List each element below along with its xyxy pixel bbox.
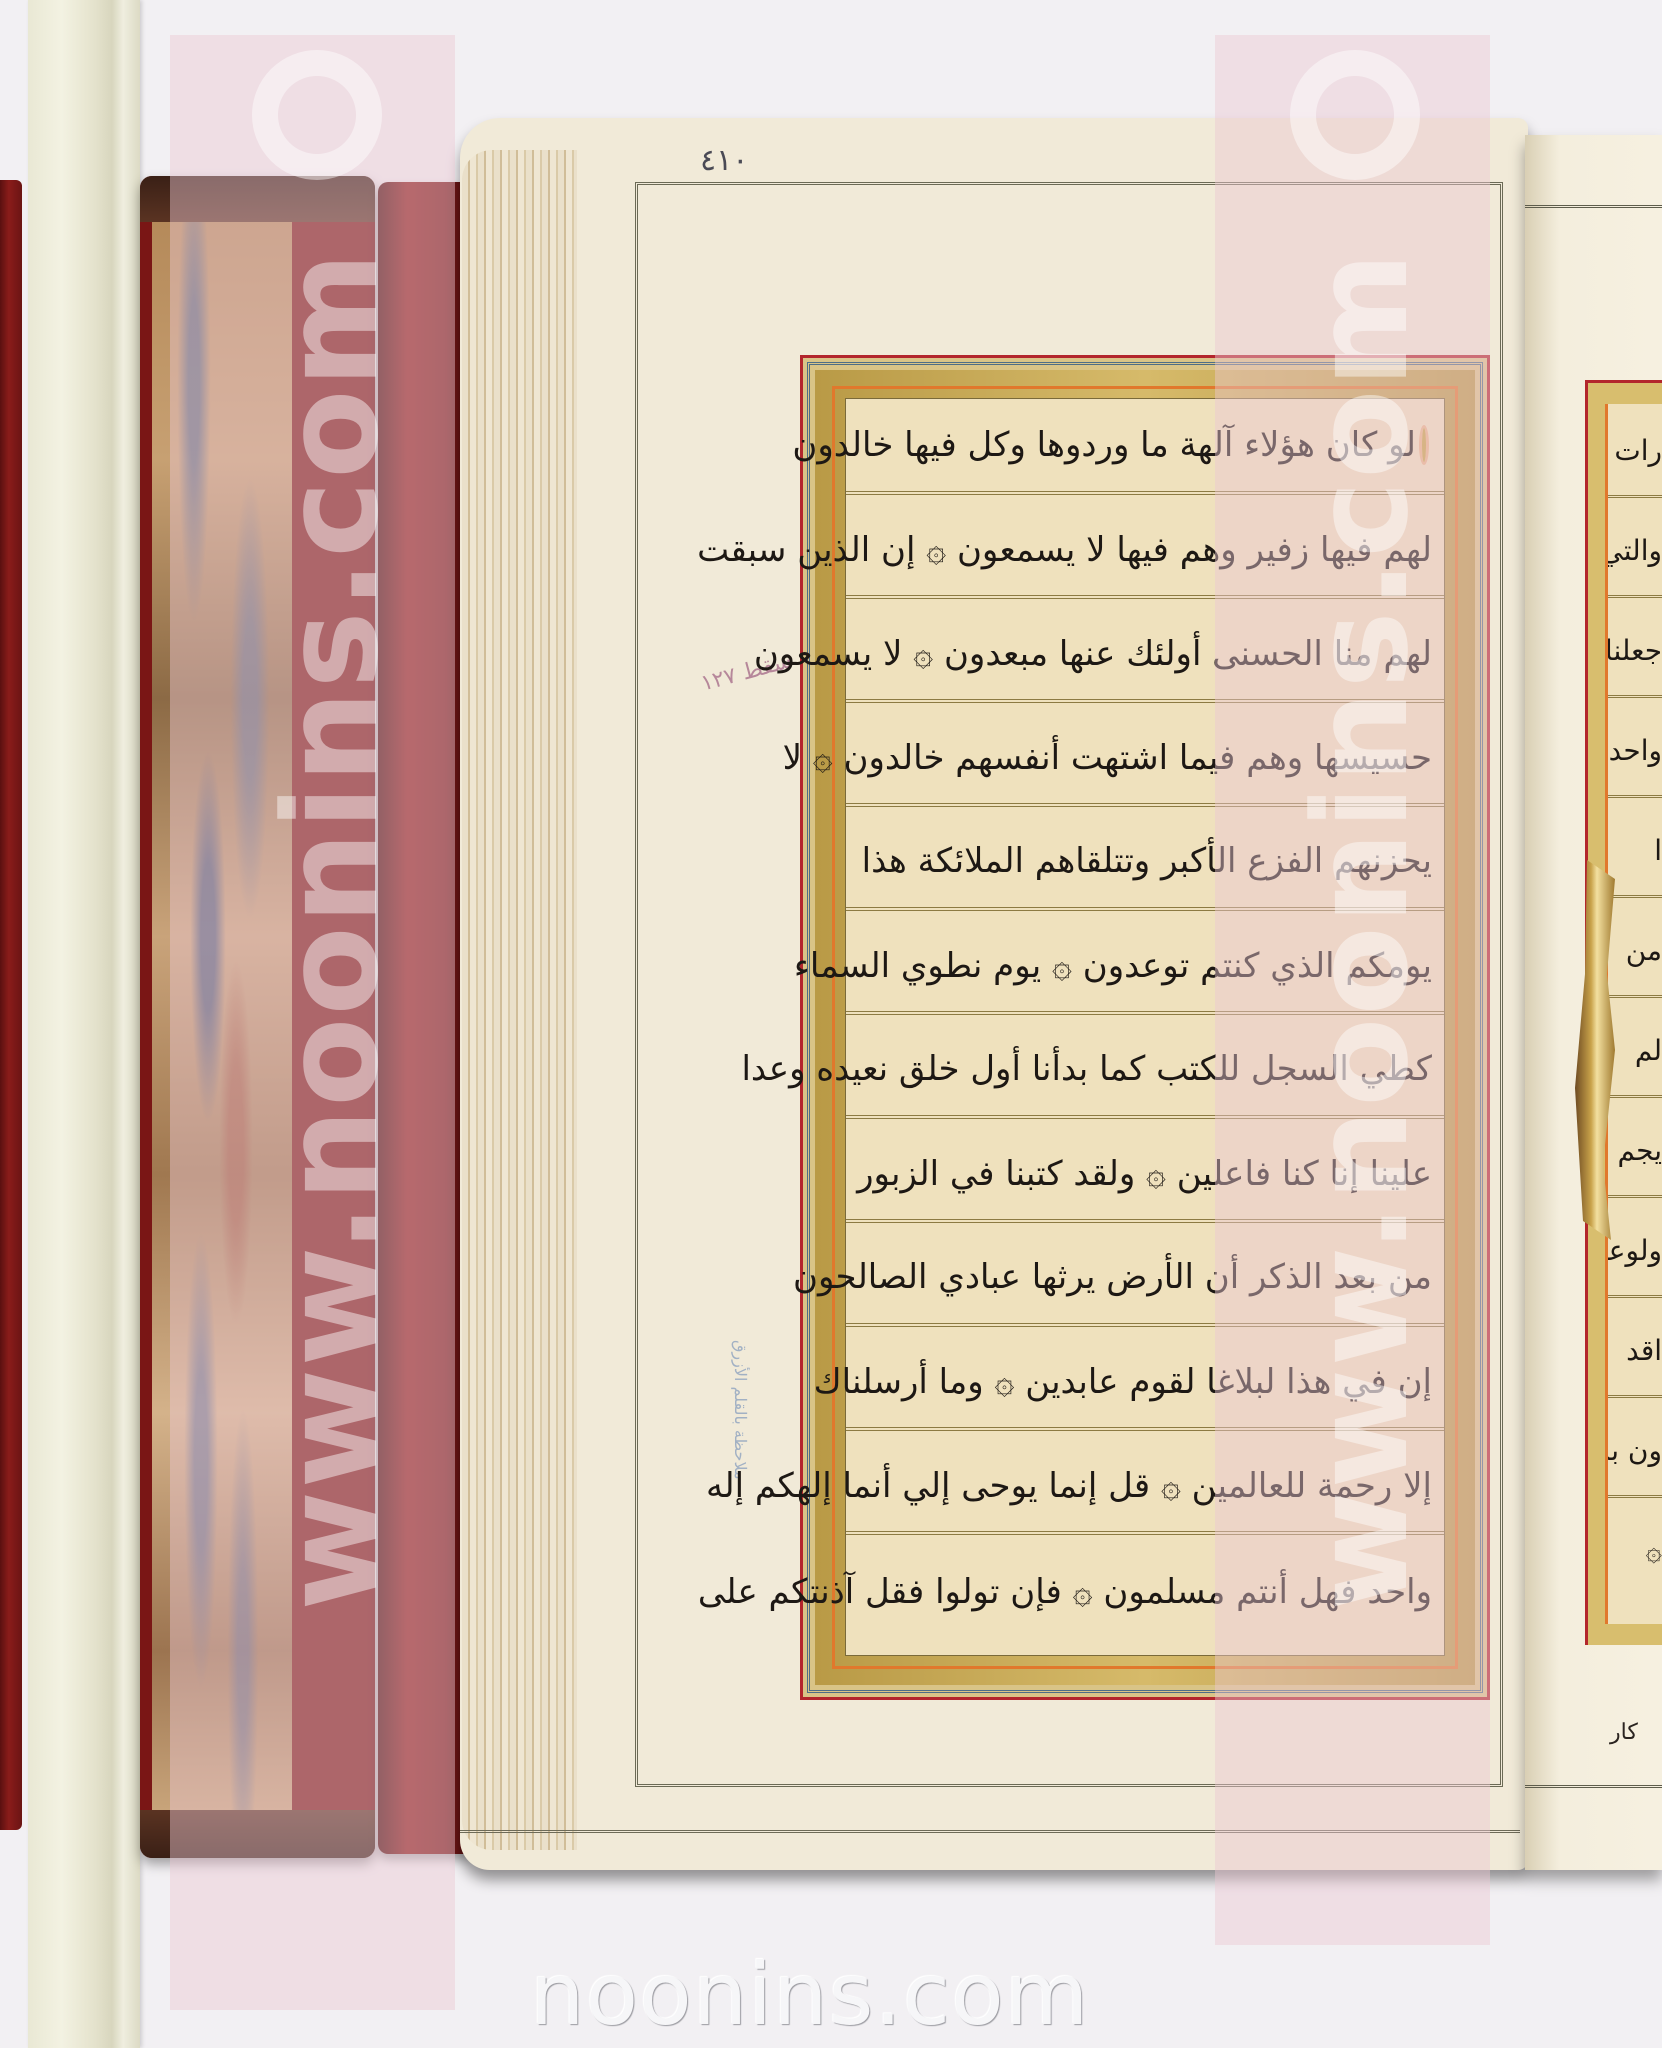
watermark-logo-icon — [1290, 50, 1420, 180]
watermark-text-bottom: noonins.com — [530, 1945, 1089, 2045]
right-text-line: ولوعد — [1608, 1204, 1662, 1298]
right-text-line: يجم — [1608, 1104, 1662, 1198]
page-fore-edge — [462, 150, 577, 1850]
watermark-logo-icon — [252, 50, 382, 180]
bookmark-ribbon — [28, 0, 140, 2048]
right-text-line: ۞ — [1608, 1504, 1662, 1598]
right-page-top-rule — [1525, 205, 1662, 208]
right-page-text-block: رات و والتي جعلنا ها واحدة ا من لم يجم و… — [1605, 404, 1662, 1624]
right-text-line: لم — [1608, 1004, 1662, 1098]
right-text-line: ا — [1608, 804, 1662, 898]
adjacent-book-cover-edge — [0, 180, 22, 1830]
right-page-bottom-rule — [1525, 1785, 1662, 1788]
right-text-line: ون بدو — [1608, 1404, 1662, 1498]
watermark-text-right: www.noonins.com — [1285, 250, 1437, 1611]
margin-note-blue: ملاحظة بالقلم الأزرق — [710, 760, 750, 1480]
catchword: كار — [1610, 1720, 1638, 1745]
right-text-line: رات و — [1608, 404, 1662, 498]
right-text-line: جعلنا ها — [1608, 604, 1662, 698]
right-text-line: من — [1608, 904, 1662, 998]
page-number: ٤١٠ — [700, 143, 748, 178]
right-text-line: والتي — [1608, 504, 1662, 598]
right-text-line: واحدة — [1608, 704, 1662, 798]
right-text-line: اقد — [1608, 1304, 1662, 1398]
watermark-text-left: www.noonins.com — [255, 250, 407, 1611]
